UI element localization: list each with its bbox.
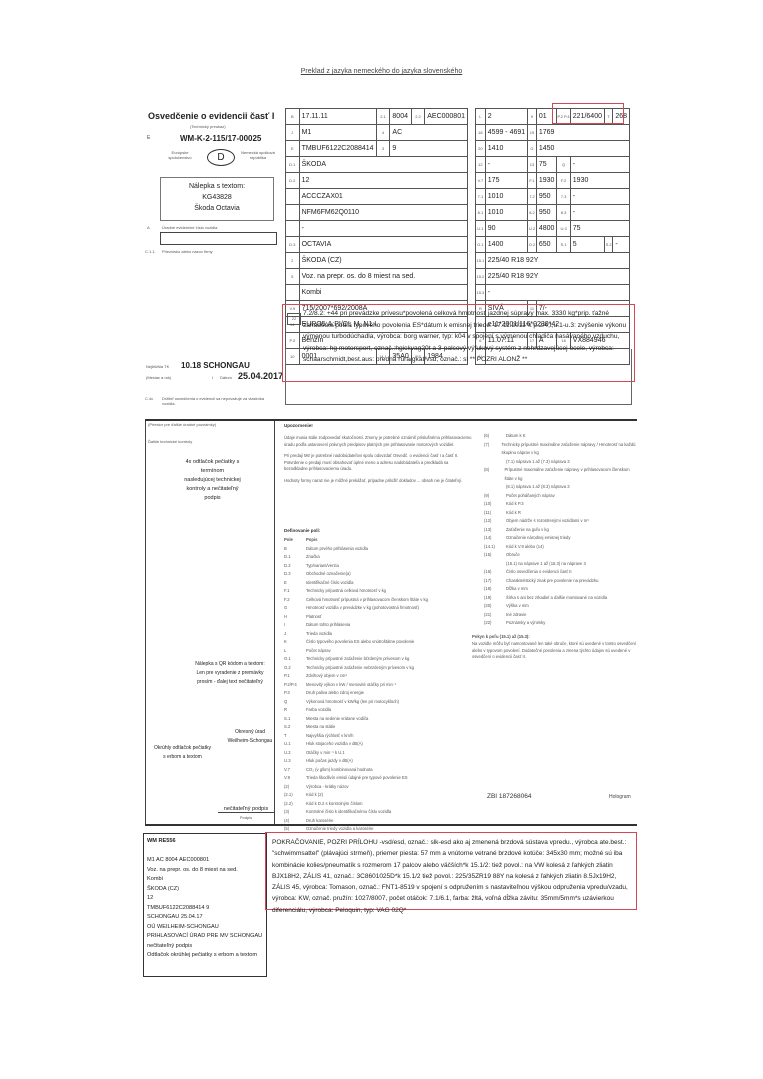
zbi-number: ZBI 187268064 <box>487 793 531 800</box>
field-value: M1 <box>299 125 376 141</box>
legend-row: (8)Prípustné maximálne zaťaženie nápravy… <box>484 466 639 483</box>
field-code: V.7 <box>476 173 486 189</box>
legend-row: (2)Výrobca - krátky názov <box>284 783 474 792</box>
document-number: WM-K-2-115/17-00025 <box>180 134 261 143</box>
field-e-label: E <box>147 135 150 141</box>
legend-field-code: (3) <box>284 808 306 817</box>
legend-row: LPočet náprav <box>284 647 474 656</box>
field-code: E <box>286 141 300 157</box>
legend-field-code: (13) <box>484 526 506 535</box>
field-value: 4599 - 4691 <box>485 125 527 141</box>
stamp-line: podpis <box>150 494 275 503</box>
field-i-label: I <box>212 375 213 380</box>
field-code: 7.1 <box>476 189 486 205</box>
field-value: 1930 <box>536 173 557 189</box>
legend-row: (3)Kontrolné číslo k identifikačnému čís… <box>284 808 474 817</box>
field-value: - <box>613 237 630 253</box>
legend-field-code: S.2 <box>284 723 306 732</box>
field-code: 7.2 <box>528 189 537 205</box>
legend-row: (16)Číslo osvedčenia o evidencii časť II <box>484 568 639 577</box>
legend-field-code <box>484 483 506 492</box>
legend-field-desc: Kód k (2) <box>306 791 323 800</box>
legend-row: V.9Trieda škodlivín emisií údajné pre ty… <box>284 774 474 783</box>
field-value: 650 <box>536 237 557 253</box>
legend-field-desc: (8.1) náprava 1 až (8.3) náprava 3 <box>506 483 570 492</box>
legend-field-code: (14) <box>484 534 506 543</box>
qr-line: Nálepka s QR kódom a textom: <box>180 660 280 669</box>
continuation-line: WM RE556 <box>147 837 263 847</box>
legend-field-desc: Kód k P.3 <box>506 500 524 509</box>
legend-field-desc: Kontrolné číslo k identifikačnému číslu … <box>306 808 391 817</box>
field-code: 19 <box>528 125 537 141</box>
field-legend-right: (6)Dátum k K(7)Technicky prípustné maxim… <box>484 432 639 628</box>
legend-field-code: (21) <box>484 611 506 620</box>
section-divider <box>145 419 637 421</box>
legend-field-desc: Druh paliva alebo zdroj energie <box>306 689 364 698</box>
legend-field-desc: Platnosť <box>306 613 322 622</box>
legend-field-code <box>484 458 506 467</box>
legend-field-code: G <box>284 604 306 613</box>
grid-row: JM14AC <box>286 125 468 141</box>
legend-row: (6)Dátum k K <box>484 432 639 441</box>
field-code: D.2 <box>286 173 300 189</box>
field-value: 1930 <box>570 173 629 189</box>
legend-field-code: K <box>284 638 306 647</box>
legend-field-code: P.1 <box>284 672 306 681</box>
office-line: Okresný úrad <box>215 728 285 737</box>
grid-row: 12-1375Q- <box>476 157 630 173</box>
legend-field-desc: Zdvihový objem v cm³ <box>306 672 347 681</box>
field-value: 75 <box>536 157 557 173</box>
legend-row: (17)Charakteristický znak pre povolenie … <box>484 577 639 586</box>
legend-field-desc: Počet poháňaných náprav <box>506 492 555 501</box>
field-legend: PolePopis BDátum prvého prihlásenia vozi… <box>284 536 474 834</box>
office-line: Weilheim-Schongau <box>215 737 285 746</box>
qr-line: Len pre vyradenie z premávky <box>180 669 280 678</box>
field-c11-text: Priezvisko alebo názov firmy <box>162 249 213 254</box>
field-code: 13 <box>528 157 537 173</box>
legend-field-desc: Menovitý výkon v kW / menovité otáčky pr… <box>306 681 396 690</box>
grid-row: U.190U.24800U.375 <box>476 221 630 237</box>
sticker-line: KG43828 <box>161 192 273 203</box>
legend-field-desc: Prípustné maximálne zaťaženie nápravy v … <box>505 466 639 483</box>
legend-field-desc: Kód k V.9 alebo (14) <box>506 543 544 552</box>
grid-row: ACCCZAX01 <box>286 189 468 205</box>
legend-field-code: O.1 <box>284 655 306 664</box>
field-value: ŠKODA <box>299 157 467 173</box>
technical-inspection-label: Ďalšie technické kontroly <box>148 439 192 444</box>
continuation-line: OÚ WEILHEIM-SCHONGAU <box>147 923 263 933</box>
legend-field-code: (19) <box>484 594 506 603</box>
date-value: 25.04.2017 <box>238 371 283 381</box>
field-a-text: Úradné evidenčné číslo vozidla <box>162 225 217 230</box>
field-code: U.1 <box>476 221 486 237</box>
legend-field-code: U.2 <box>284 749 306 758</box>
field-value: 1410 <box>485 141 527 157</box>
legend-row: U.2Otáčky v min⁻¹ k U.1 <box>284 749 474 758</box>
field-value: AC <box>390 125 468 141</box>
field-code: 20 <box>476 141 486 157</box>
certificate-subheading: (Technický preukaz) <box>190 124 226 129</box>
signature-label: Podpis <box>218 815 274 820</box>
grid-row: B17.11.112.180042.2AEC000801 <box>286 109 468 125</box>
legend-field-desc: Dátum prvého prihlásenia vozidla <box>306 545 368 554</box>
legend-field-code: (2) <box>284 783 306 792</box>
legend-field-desc: Identifikačné číslo vozidla <box>306 579 353 588</box>
continuation-line: TMBUF6122C2088414 9 <box>147 904 263 914</box>
legend-row: (7)Technicky prípustné maximálne zaťažen… <box>484 441 639 458</box>
legend-row: V.7CO₂ (v g/km) kombinovaná hodnota <box>284 766 474 775</box>
grid-row: 15.2225/40 R18 92Y <box>476 269 630 285</box>
grid-row: 15.1225/40 R18 92Y <box>476 253 630 269</box>
field-value: OCTAVIA <box>299 237 467 253</box>
legend-row: GHmotnosť vozidla v prevádzke v kg (poho… <box>284 604 474 613</box>
continuation-line: SCHONGAU 25.04.17 <box>147 913 263 923</box>
inspection-office-label: Nejbližšia TK <box>146 364 169 369</box>
legend-row: (12)Objem nádrže s rozostrenými vozidlam… <box>484 517 639 526</box>
legend-row: (2.2)Kód k D.2 s kontrolným číslom <box>284 800 474 809</box>
legend-field-code: T <box>284 732 306 741</box>
stamp-line: nasledujúcej technickej <box>150 476 275 485</box>
field-value: 8004 <box>390 109 411 125</box>
field-code: 5 <box>286 269 300 285</box>
grid-row: V.7175F.11930F.21930 <box>476 173 630 189</box>
field-code: S.2 <box>604 237 612 253</box>
legend-row: P.2/P.4Menovitý výkon v kW / menovité ot… <box>284 681 474 690</box>
legend-field-code <box>484 560 506 569</box>
field-c11-label: C.1.1. <box>145 249 156 254</box>
legend-row: (20)Výška v mm <box>484 602 639 611</box>
continuation-line: Odtlačok okrúhlej pečiatky s erbom a tex… <box>147 951 263 961</box>
field-code: 18 <box>476 125 486 141</box>
legend-field-desc: Obchodné označenie(a) <box>306 570 351 579</box>
legend-field-code: F.2 <box>284 596 306 605</box>
legend-field-code: U.1 <box>284 740 306 749</box>
field-code: J <box>286 125 300 141</box>
field-code <box>286 285 300 301</box>
field-value: 4800 <box>536 221 557 237</box>
field-value: - <box>570 189 629 205</box>
field-code: Q <box>557 157 570 173</box>
warning-paragraph: Hodnoty formy naraz nie je môžné prekáža… <box>284 478 472 485</box>
legend-row: (14.1)Kód k V.9 alebo (14) <box>484 543 639 552</box>
field-c4-label: C.4c <box>145 396 153 401</box>
legend-row: D.2Typ/variant/verzia <box>284 562 474 571</box>
field-value: ŠKODA (CZ) <box>299 253 467 269</box>
legend-row: JTrieda vozidla <box>284 630 474 639</box>
field-value: 17.11.11 <box>299 109 376 125</box>
continuation-line <box>147 847 263 857</box>
continuation-line: M1 AC 8004 AEC000801 <box>147 856 263 866</box>
field-value: 1010 <box>485 205 527 221</box>
grid-row: NFM6FM62Q0110 <box>286 205 468 221</box>
legend-field-desc: Typ/variant/verzia <box>306 562 339 571</box>
signature: nečitateľný podpis <box>218 806 274 813</box>
stamp-line: 4x odtlačok pečiatky s <box>150 458 275 467</box>
field-value: 9 <box>390 141 468 157</box>
warning-title: Upozornenie! <box>284 423 313 428</box>
legend-field-desc: Poznámky a výnimky <box>506 619 545 628</box>
official-notes-header: (Priestor pre ďalšie úradné poznámky) <box>148 422 216 427</box>
qr-sticker-text: Nálepka s QR kódom a textom: Len pre vyr… <box>180 660 280 687</box>
continuation-line: nečitateľný podpis <box>147 942 263 952</box>
legend-field-code: U.3 <box>284 757 306 766</box>
grid-row: ETMBUF6122C208841439 <box>286 141 468 157</box>
field-value: 950 <box>536 189 557 205</box>
legend-field-desc: Dátum k K <box>506 432 526 441</box>
legend-field-desc: Šírka s ani bez zrkadiel a ďalšie montov… <box>506 594 607 603</box>
field-code: 12 <box>476 157 486 173</box>
legend-field-code: (18) <box>484 585 506 594</box>
legend-field-code: P.2/P.4 <box>284 681 306 690</box>
field-code: S.1 <box>557 237 570 253</box>
grid-row: Kombi <box>286 285 468 301</box>
legend-field-desc: Kód k D.2 s kontrolným číslom <box>306 800 363 809</box>
warning-paragraph: Pri predaji Mtr je potrebné nadobúdateľo… <box>284 453 472 473</box>
legend-field-desc: Najvyššia rýchlosť v km/h <box>306 732 353 741</box>
legend-field-desc: Značka <box>306 553 320 562</box>
field-code: O.2 <box>528 237 537 253</box>
warning-paragraph: Údaje musia stále zodpovedať skutočnosti… <box>284 435 472 448</box>
country-code-oval: D <box>207 149 235 166</box>
tire-note: Na vozidle môžu byť namontované len také… <box>472 641 640 661</box>
continuation-left-box: WM RE556M1 AC 8004 AEC000801Voz. na prep… <box>143 833 267 977</box>
legend-field-code: (20) <box>484 602 506 611</box>
legend-row: BDátum prvého prihlásenia vozidla <box>284 545 474 554</box>
month-year-label: (Mesiac a rok) <box>146 375 171 380</box>
legend-field-desc: Objem nádrže s rozostrenými vozidlami v … <box>506 517 589 526</box>
legend-row: (21)Iné zdravie <box>484 611 639 620</box>
legend-field-code: D.1 <box>284 553 306 562</box>
legend-field-code: (2.2) <box>284 800 306 809</box>
field-value: AEC000801 <box>425 109 468 125</box>
field-code: 15.2 <box>476 269 486 285</box>
legend-row: (7.1) náprava 1 až (7.3) náprava 3 <box>484 458 639 467</box>
grid-row: 8.110108.29508.3- <box>476 205 630 221</box>
legend-field-desc: Dĺžka v mm <box>506 585 528 594</box>
stamp-line: termínom <box>150 467 275 476</box>
qr-line: prosím - ďalej text nečitateľný <box>180 678 280 687</box>
legend-field-code: (15) <box>484 551 506 560</box>
legend-row: O.1Technicky prípustné zaťaženie bŕzdený… <box>284 655 474 664</box>
field-value: 225/40 R18 92Y <box>485 253 629 269</box>
legend-field-code: H <box>284 613 306 622</box>
field-code: 8.1 <box>476 205 486 221</box>
field-code: 15.3 <box>476 285 486 301</box>
legend-row: (11)Kód k R <box>484 509 639 518</box>
legend-row: RFarba vozidla <box>284 706 474 715</box>
field-value: 2 <box>485 109 527 125</box>
legend-row: (15)Obruče <box>484 551 639 560</box>
field-value: 1769 <box>536 125 629 141</box>
legend-field-desc: Výkonová hmotnosť v kW/kg (len pri motoc… <box>306 698 399 707</box>
legend-field-desc: Technicky prípustné zaťaženie bŕzdeným p… <box>306 655 409 664</box>
legend-row: (2.1)Kód k (2) <box>284 791 474 800</box>
legend-row: D.1Značka <box>284 553 474 562</box>
legend-field-desc: Hmotnosť vozidla v prevádzke v kg (pohot… <box>306 604 419 613</box>
legend-field-desc: Číslo osvedčenia o evidencii časť II <box>506 568 572 577</box>
legend-row: P.3Druh paliva alebo zdroj energie <box>284 689 474 698</box>
legend-field-code: (12) <box>484 517 506 526</box>
legend-row: S.2Miesta na státie <box>284 723 474 732</box>
legend-row: HPlatnosť <box>284 613 474 622</box>
legend-field-code: (22) <box>484 619 506 628</box>
field-code: U.3 <box>557 221 570 237</box>
field-value: 12 <box>299 173 467 189</box>
continuation-line: ŠKODA (CZ) <box>147 885 263 895</box>
legend-field-desc: Zaťaženie na guľu v kg <box>506 526 549 535</box>
legend-field-desc: Kód k R <box>506 509 521 518</box>
field-value: 175 <box>485 173 527 189</box>
certificate-heading: Osvedčenie o evidencii časť I <box>148 111 274 121</box>
legend-row: (14)Označenie národnej emisnej triedy <box>484 534 639 543</box>
legend-field-code: (10) <box>484 500 506 509</box>
field-code <box>286 205 300 221</box>
legend-field-code: R <box>284 706 306 715</box>
legend-field-desc: Technicky prípustné maximálne zaťaženie … <box>502 441 639 458</box>
legend-field-code: Q <box>284 698 306 707</box>
legend-row: EIdentifikačné číslo vozidla <box>284 579 474 588</box>
legend-row: (18)Dĺžka v mm <box>484 585 639 594</box>
legend-field-code: (7) <box>484 441 502 458</box>
hologram-label: Hologram <box>609 794 631 800</box>
legend-field-desc: Farba vozidla <box>306 706 331 715</box>
grid-row: 201410G1450 <box>476 141 630 157</box>
field-code: F.1 <box>528 173 537 189</box>
field-code <box>286 189 300 205</box>
field-code: 2.1 <box>376 109 390 125</box>
legend-field-code: J <box>284 630 306 639</box>
legend-row: (8.1) náprava 1 až (8.3) náprava 3 <box>484 483 639 492</box>
field-value: Kombi <box>299 285 467 301</box>
field-code: O.1 <box>476 237 486 253</box>
legend-field-desc: CO₂ (v g/km) kombinovaná hodnota <box>306 766 373 775</box>
field-value: - <box>570 205 629 221</box>
seal-line: Okrúhly odtlačok pečiatky <box>145 744 220 753</box>
legend-row: (9)Počet poháňaných náprav <box>484 492 639 501</box>
legend-field-desc: Celková hmotnosť prípustná v prihlasovac… <box>306 596 428 605</box>
legend-row: IDátum tohto prihlásenia <box>284 621 474 630</box>
field-value: 5 <box>570 237 604 253</box>
grid-row: 2ŠKODA (CZ) <box>286 253 468 269</box>
field-value: 950 <box>536 205 557 221</box>
legend-field-code: F.1 <box>284 587 306 596</box>
legend-field-code: E <box>284 579 306 588</box>
legend-row: QVýkonová hmotnosť v kW/kg (len pri moto… <box>284 698 474 707</box>
legend-row: O.2Technicky prípustné zaťaženie nebrzde… <box>284 664 474 673</box>
tire-note-title: Pokyn k poľu (15.1) až (15.3): <box>472 634 530 639</box>
legend-field-code: (11) <box>484 509 506 518</box>
legend-row: (13)Zaťaženie na guľu v kg <box>484 526 639 535</box>
continuation-line: Voz. na prepr. os. do 8 miest na sed. <box>147 866 263 876</box>
field-code: L <box>476 109 486 125</box>
sticker-box: Nálepka s textom: KG43828 Škoda Octavia <box>160 177 274 221</box>
field-code: 9 <box>528 109 537 125</box>
country-label: Nemecká spolková republika <box>238 150 278 160</box>
field-value: 1450 <box>536 141 629 157</box>
legend-field-desc: Charakteristický znak pre povolenie na p… <box>506 577 598 586</box>
legend-field-code: (16) <box>484 568 506 577</box>
legend-row: (19)Šírka s ani bez zrkadiel a ďalšie mo… <box>484 594 639 603</box>
field-code: 15.1 <box>476 253 486 269</box>
grid-row: 5Voz. na prepr. os. do 8 miest na sed. <box>286 269 468 285</box>
field-value: Voz. na prepr. os. do 8 miest na sed. <box>299 269 467 285</box>
field-22-text: 7.2/8.2: +44 pri prevádzke prívesu*povol… <box>303 308 628 366</box>
legend-field-desc: (15.1) na náprave 1 až (15.3) na náprave… <box>506 560 586 569</box>
continuation-line: Kombi <box>147 875 263 885</box>
legend-field-code: (6) <box>484 432 506 441</box>
legend-field-desc: Označenie národnej emisnej triedy <box>506 534 570 543</box>
legend-field-desc: Výška v mm <box>506 602 529 611</box>
field-value: 90 <box>485 221 527 237</box>
field-code: 8.2 <box>528 205 537 221</box>
legend-col-desc: Popis <box>306 536 317 545</box>
warning-text: Údaje musia stále zodpovedať skutočnosti… <box>284 435 472 484</box>
continuation-line: PRIHLASOVACÍ ÚRAD PRE MV SCHONGAU <box>147 932 263 942</box>
field-code: U.2 <box>528 221 537 237</box>
legend-field-desc: Výrobca - krátky názov <box>306 783 349 792</box>
legend-field-desc: Číslo typového povolenia ES alebo vnútro… <box>306 638 414 647</box>
legend-field-code: D.2 <box>284 562 306 571</box>
field-code <box>286 221 300 237</box>
registration-number-field <box>160 232 277 245</box>
legend-field-code: I <box>284 621 306 630</box>
legend-field-code: (2.1) <box>284 791 306 800</box>
legend-field-desc: Iné zdravie <box>506 611 526 620</box>
field-value: - <box>299 221 467 237</box>
section-divider-bottom <box>145 824 637 826</box>
field-code: 7.3 <box>557 189 570 205</box>
legend-row: KČíslo typového povolenia ES alebo vnútr… <box>284 638 474 647</box>
legend-field-code: B <box>284 545 306 554</box>
grid-row: 184599 - 4691191769 <box>476 125 630 141</box>
legend-field-desc: (7.1) náprava 1 až (7.3) náprava 3 <box>506 458 570 467</box>
grid-row: 7.110107.29507.3- <box>476 189 630 205</box>
legend-field-code: (8) <box>484 466 505 483</box>
legend-row: U.3Hluk počas jazdy v dB(A) <box>284 757 474 766</box>
field-code: F.2 <box>557 173 570 189</box>
legend-field-code: (17) <box>484 577 506 586</box>
legend-field-desc: Miesta na státie <box>306 723 335 732</box>
grid-row: D.3OCTAVIA <box>286 237 468 253</box>
field-value: NFM6FM62Q0110 <box>299 205 467 221</box>
legend-row: U.1Hluk stojaceho vozidla v dB(A) <box>284 740 474 749</box>
field-code: G <box>528 141 537 157</box>
seal-text: Okrúhly odtlačok pečiatky s erbom a text… <box>145 744 220 762</box>
field-value: 1400 <box>485 237 527 253</box>
stamp-text: 4x odtlačok pečiatky s termínom nasleduj… <box>150 458 275 503</box>
field-value: - <box>570 157 629 173</box>
field-code: 4 <box>376 125 390 141</box>
field-value: TMBUF6122C2088414 <box>299 141 376 157</box>
field-a-label: A <box>147 225 150 230</box>
legend-row: F.1Technicky prípustná celková hmotnosť … <box>284 587 474 596</box>
legend-field-desc: Trieda škodlivín emisií údajné pre typov… <box>306 774 408 783</box>
continuation-text: POKRAČOVANIE, POZRI PRÍLOHU -vsd/esd, oz… <box>272 837 632 916</box>
legend-field-code: S.1 <box>284 715 306 724</box>
stamp-line: kontroly a nečitateľný <box>150 485 275 494</box>
field-code: D.3 <box>286 237 300 253</box>
field-code: D.1 <box>286 157 300 173</box>
legend-row: F.2Celková hmotnosť prípustná v prihlaso… <box>284 596 474 605</box>
legend-field-code: O.2 <box>284 664 306 673</box>
legend-row: S.1Miesta na sedenie vrátane vodiča <box>284 715 474 724</box>
seal-line: s erbom a textom <box>145 753 220 762</box>
legend-title: Definovanie polí: <box>284 528 320 533</box>
field-c4-text: Držiteľ osvedčenia o evidencii sa nepova… <box>162 396 272 406</box>
field-code: 3 <box>376 141 390 157</box>
legend-field-code: (14.1) <box>484 543 506 552</box>
